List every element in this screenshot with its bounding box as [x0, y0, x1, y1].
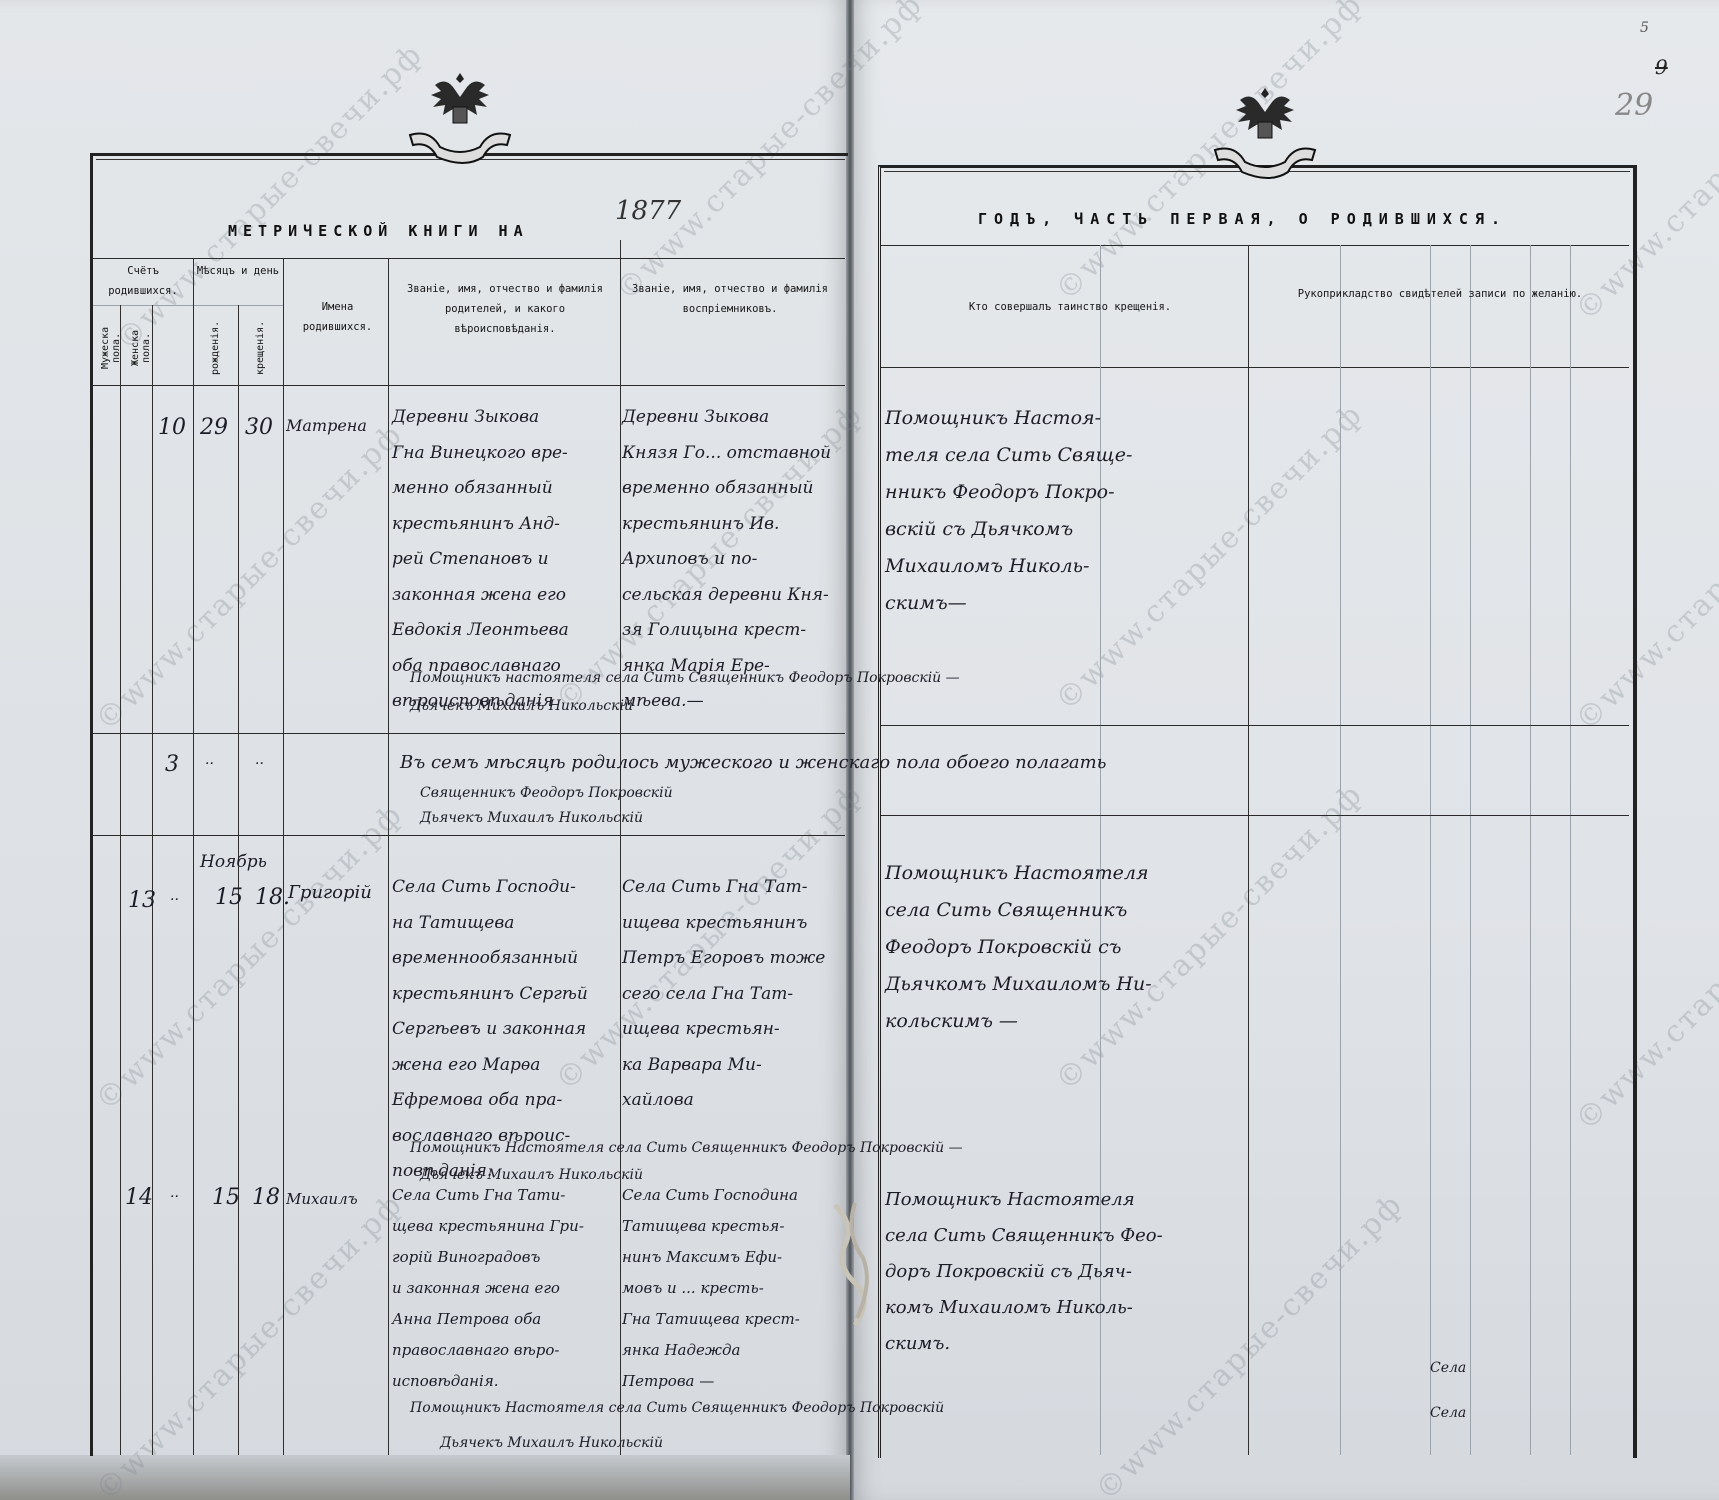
- header-names: Имена родившихся.: [290, 298, 385, 338]
- header-godparents: Званіе, имя, отчество и фамилія воспріем…: [625, 280, 835, 320]
- birth-day: ..: [205, 752, 214, 768]
- baptised-by-text: Помощникъ Настоятеля села Сить Священник…: [885, 1182, 1163, 1362]
- baptised-by-text: Помощникъ Настоятеля села Сить Священник…: [885, 855, 1152, 1040]
- header-baptised-by: Кто совершалъ таинство крещенія.: [900, 298, 1240, 318]
- parents-text: Села Сить Гна Тати- щева крестьянина Гри…: [392, 1180, 584, 1397]
- baptism-day: 18.: [255, 885, 290, 910]
- child-name: Матрена: [286, 408, 367, 444]
- header-bottom-rule: [93, 385, 845, 386]
- header-baptism: крещенія.: [255, 315, 266, 380]
- margin-note: Села: [1430, 1400, 1466, 1426]
- month: Ноябрь: [200, 845, 267, 881]
- witness-signature: Помощникъ Настоятеля села Сить Священник…: [410, 1135, 963, 1161]
- binding-thread-icon: [825, 1195, 875, 1335]
- header-female: Женска пола.: [130, 315, 152, 380]
- header-birth: рожденія.: [210, 315, 221, 380]
- baptism-day: 18: [252, 1185, 280, 1210]
- monthly-summary: Въ семъ мѣсяцѣ родилось мужеского и женс…: [400, 745, 1106, 781]
- witness-signature: Помощникъ Настоятеля села Сить Священник…: [410, 1395, 944, 1421]
- double-headed-eagle-icon: [405, 65, 515, 165]
- child-name: Григорій: [288, 875, 372, 911]
- year-handwritten: 1877: [615, 196, 681, 226]
- margin-note: Села: [1430, 1355, 1466, 1381]
- female-number: 3: [165, 752, 179, 777]
- signature: Дьячекъ Михаилъ Никольскій: [420, 805, 643, 831]
- folio-number: 29: [1615, 88, 1653, 123]
- godparents-text: Села Сить Господина Татищева крестья- ни…: [622, 1180, 800, 1397]
- male-number: 14: [125, 1185, 153, 1210]
- header-sub-rule: [93, 305, 283, 306]
- witness-signature: Дьячекъ Михаилъ Никольскій: [440, 1430, 663, 1456]
- signature: Священникъ Феодоръ Покровскій: [420, 780, 673, 806]
- double-headed-eagle-icon: [1210, 80, 1320, 180]
- header-top-rule: [93, 258, 845, 259]
- female-number: ..: [170, 888, 179, 904]
- header-birth-count: Счётъ родившихся.: [95, 262, 191, 302]
- baptism-day: 30: [245, 415, 273, 440]
- left-page-title: МЕТРИЧЕСКОЙ КНИГИ НА: [228, 222, 529, 240]
- birth-day: 29: [200, 415, 228, 440]
- birth-day: 15: [215, 885, 243, 910]
- baptised-by-text: Помощникъ Настоя- теля села Сить Свяще- …: [885, 400, 1132, 622]
- godparents-text: Села Сить Гна Тат- ищева крестьянинъ Пет…: [622, 870, 825, 1119]
- witness-signature: Дьячекъ Михаилъ Никольскій: [410, 693, 633, 719]
- male-number: 13: [128, 888, 156, 913]
- folio-number-struck: 9: [1655, 55, 1668, 79]
- female-number: 10: [158, 415, 186, 440]
- corner-mark: 5: [1640, 20, 1649, 36]
- header-parents: Званіе, имя, отчество и фамилія родителе…: [395, 280, 615, 340]
- header-month-day: Мѣсяцъ и день: [195, 262, 281, 282]
- right-page-title: ГОДЪ, ЧАСТЬ ПЕРВАЯ, О РОДИВШИХСЯ.: [978, 210, 1507, 228]
- witness-signature: Помощникъ настоятеля села Сить Священник…: [410, 665, 960, 691]
- female-number: ..: [170, 1185, 179, 1201]
- child-name: Михаилъ: [286, 1182, 358, 1218]
- header-witness-signatures: Рукоприкладство свидѣтелей записи по жел…: [1255, 280, 1625, 308]
- header-male: Мужеска пола.: [100, 315, 122, 380]
- birth-day: 15: [212, 1185, 240, 1210]
- baptism-day: ..: [255, 752, 264, 768]
